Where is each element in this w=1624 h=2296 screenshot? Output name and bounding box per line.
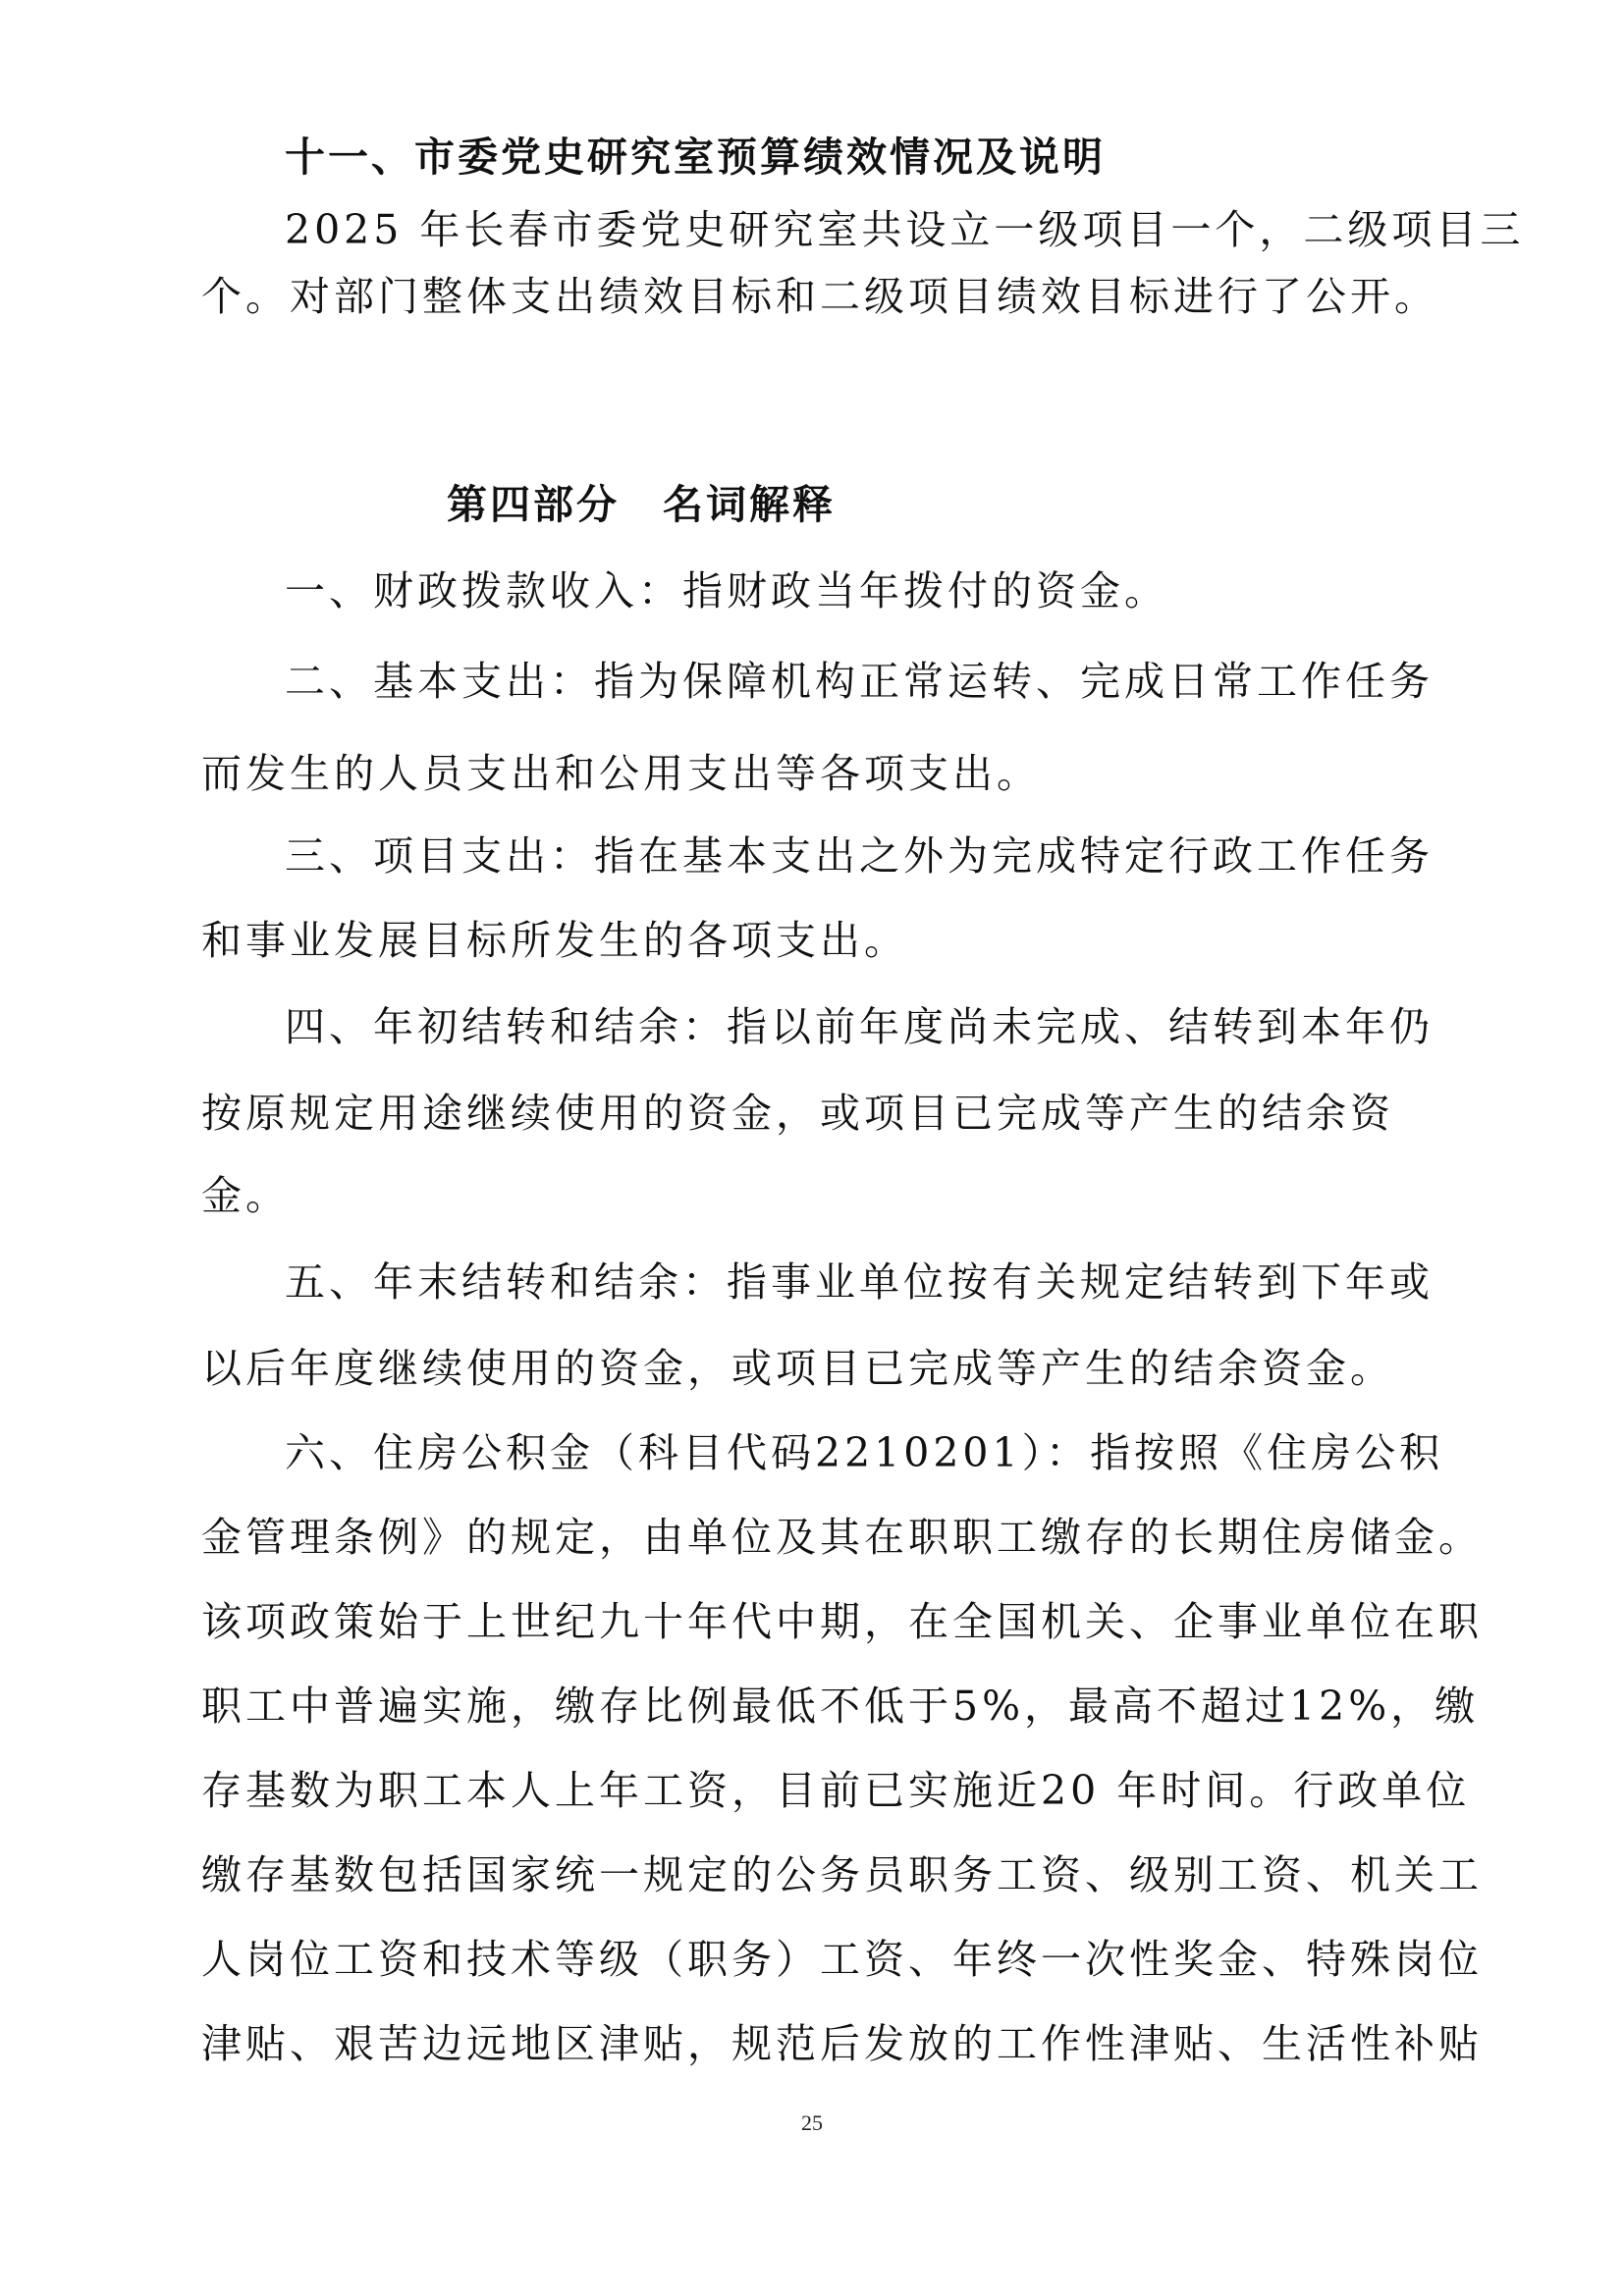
definition-line: 金管理条例》的规定，由单位及其在职职工缴存的长期住房储金。 — [201, 1508, 1483, 1567]
definition-line: 六、住房公积金（科目代码2210201）：指按照《住房公积 — [285, 1423, 1443, 1482]
paragraph-line: 2025 年长春市委党史研究室共设立一级项目一个，二级项目三 — [285, 200, 1524, 259]
section-heading: 十一、市委党史研究室预算绩效情况及说明 — [285, 128, 1106, 187]
definition-line: 一、财政拨款收入：指财政当年拨付的资金。 — [285, 561, 1168, 620]
definition-line: 津贴、艰苦边远地区津贴，规范后发放的工作性津贴、生活性补贴 — [201, 2014, 1483, 2073]
definition-line: 按原规定用途继续使用的资金，或项目已完成等产生的结余资 — [201, 1084, 1394, 1143]
definition-line: 金。 — [201, 1166, 290, 1225]
definition-line: 二、基本支出：指为保障机构正常运转、完成日常工作任务 — [285, 652, 1434, 711]
definition-line: 而发生的人员支出和公用支出等各项支出。 — [201, 744, 1041, 803]
definition-line: 缴存基数包括国家统一规定的公务员职务工资、级别工资、机关工 — [201, 1845, 1483, 1904]
definition-line: 存基数为职工本人上年工资，目前已实施近20 年时间。行政单位 — [201, 1761, 1470, 1820]
definition-line: 职工中普遍实施，缴存比例最低不低于5%，最高不超过12%，缴 — [201, 1677, 1479, 1735]
part-title: 第四部分 名词解释 — [447, 475, 836, 534]
definition-line: 以后年度继续使用的资金，或项目已完成等产生的结余资金。 — [201, 1339, 1394, 1398]
definition-line: 该项政策始于上世纪九十年代中期，在全国机关、企事业单位在职 — [201, 1592, 1483, 1651]
definition-line: 人岗位工资和技术等级（职务）工资、年终一次性奖金、特殊岗位 — [201, 1930, 1483, 1989]
definition-line: 三、项目支出：指在基本支出之外为完成特定行政工作任务 — [285, 827, 1434, 885]
document-page: 十一、市委党史研究室预算绩效情况及说明 2025 年长春市委党史研究室共设立一级… — [0, 0, 1624, 2296]
definition-line: 五、年末结转和结余：指事业单位按有关规定结转到下年或 — [285, 1253, 1434, 1311]
page-number: 25 — [0, 2110, 1624, 2136]
definition-line: 和事业发展目标所发生的各项支出。 — [201, 911, 908, 970]
definition-line: 四、年初结转和结余：指以前年度尚未完成、结转到本年仍 — [285, 997, 1434, 1056]
paragraph-line: 个。对部门整体支出绩效目标和二级项目绩效目标进行了公开。 — [201, 267, 1438, 326]
